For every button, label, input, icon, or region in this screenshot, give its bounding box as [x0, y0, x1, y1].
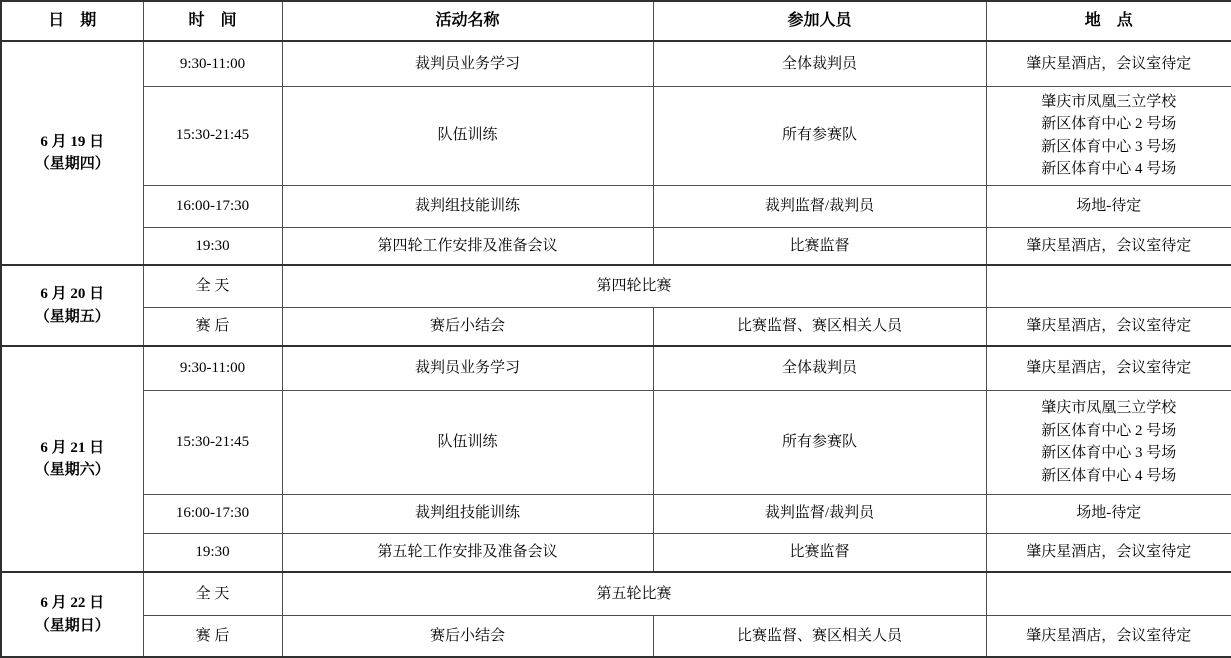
participants-cell: 比赛监督	[653, 533, 986, 572]
time-cell: 9:30-11:00	[143, 346, 282, 390]
col-header-activity: 活动名称	[282, 1, 653, 41]
date-cell: 6 月 19 日 （星期四）	[1, 41, 143, 265]
time-cell: 15:30-21:45	[143, 390, 282, 494]
time-cell: 赛 后	[143, 615, 282, 657]
time-cell: 16:00-17:30	[143, 185, 282, 227]
col-header-participants: 参加人员	[653, 1, 986, 41]
col-header-location: 地 点	[986, 1, 1231, 41]
activity-cell: 第四轮工作安排及准备会议	[282, 227, 653, 265]
participants-cell: 所有参赛队	[653, 86, 986, 185]
activity-cell: 裁判员业务学习	[282, 41, 653, 86]
location-cell: 肇庆星酒店，会议室待定	[986, 227, 1231, 265]
participants-cell: 裁判监督/裁判员	[653, 185, 986, 227]
schedule-table: 日 期 时 间 活动名称 参加人员 地 点 6 月 19 日 （星期四） 9:3…	[0, 0, 1231, 658]
location-cell: 肇庆市凤凰三立学校 新区体育中心 2 号场 新区体育中心 3 号场 新区体育中心…	[986, 390, 1231, 494]
header-row: 日 期 时 间 活动名称 参加人员 地 点	[1, 1, 1231, 41]
table-row: 15:30-21:45 队伍训练 所有参赛队 肇庆市凤凰三立学校 新区体育中心 …	[1, 390, 1231, 494]
activity-cell: 赛后小结会	[282, 307, 653, 346]
time-cell: 15:30-21:45	[143, 86, 282, 185]
participants-cell: 裁判监督/裁判员	[653, 494, 986, 533]
location-cell: 肇庆星酒店，会议室待定	[986, 41, 1231, 86]
activity-cell: 第五轮比赛	[282, 572, 986, 615]
location-cell: 肇庆星酒店，会议室待定	[986, 615, 1231, 657]
location-cell: 肇庆市凤凰三立学校 新区体育中心 2 号场 新区体育中心 3 号场 新区体育中心…	[986, 86, 1231, 185]
activity-cell: 裁判组技能训练	[282, 185, 653, 227]
time-cell: 19:30	[143, 227, 282, 265]
date-cell: 6 月 22 日 （星期日）	[1, 572, 143, 657]
table-row: 16:00-17:30 裁判组技能训练 裁判监督/裁判员 场地-待定	[1, 494, 1231, 533]
activity-cell: 赛后小结会	[282, 615, 653, 657]
participants-cell: 比赛监督	[653, 227, 986, 265]
table-row: 6 月 20 日 （星期五） 全 天 第四轮比赛	[1, 265, 1231, 307]
time-cell: 16:00-17:30	[143, 494, 282, 533]
table-row: 6 月 19 日 （星期四） 9:30-11:00 裁判员业务学习 全体裁判员 …	[1, 41, 1231, 86]
location-cell: 肇庆星酒店，会议室待定	[986, 346, 1231, 390]
schedule-page: 日 期 时 间 活动名称 参加人员 地 点 6 月 19 日 （星期四） 9:3…	[0, 0, 1231, 657]
date-cell: 6 月 20 日 （星期五）	[1, 265, 143, 346]
location-cell: 肇庆星酒店，会议室待定	[986, 307, 1231, 346]
table-row: 赛 后 赛后小结会 比赛监督、赛区相关人员 肇庆星酒店，会议室待定	[1, 307, 1231, 346]
location-cell: 肇庆星酒店，会议室待定	[986, 533, 1231, 572]
col-header-date: 日 期	[1, 1, 143, 41]
time-cell: 9:30-11:00	[143, 41, 282, 86]
time-cell: 全 天	[143, 265, 282, 307]
table-row: 15:30-21:45 队伍训练 所有参赛队 肇庆市凤凰三立学校 新区体育中心 …	[1, 86, 1231, 185]
time-cell: 赛 后	[143, 307, 282, 346]
table-row: 赛 后 赛后小结会 比赛监督、赛区相关人员 肇庆星酒店，会议室待定	[1, 615, 1231, 657]
time-cell: 19:30	[143, 533, 282, 572]
activity-cell: 队伍训练	[282, 86, 653, 185]
date-cell: 6 月 21 日 （星期六）	[1, 346, 143, 572]
activity-cell: 队伍训练	[282, 390, 653, 494]
table-row: 6 月 22 日 （星期日） 全 天 第五轮比赛	[1, 572, 1231, 615]
location-cell	[986, 572, 1231, 615]
activity-cell: 裁判员业务学习	[282, 346, 653, 390]
participants-cell: 全体裁判员	[653, 346, 986, 390]
participants-cell: 比赛监督、赛区相关人员	[653, 615, 986, 657]
table-row: 16:00-17:30 裁判组技能训练 裁判监督/裁判员 场地-待定	[1, 185, 1231, 227]
location-cell: 场地-待定	[986, 494, 1231, 533]
col-header-time: 时 间	[143, 1, 282, 41]
location-cell: 场地-待定	[986, 185, 1231, 227]
activity-cell: 第四轮比赛	[282, 265, 986, 307]
table-row: 19:30 第四轮工作安排及准备会议 比赛监督 肇庆星酒店，会议室待定	[1, 227, 1231, 265]
activity-cell: 第五轮工作安排及准备会议	[282, 533, 653, 572]
participants-cell: 所有参赛队	[653, 390, 986, 494]
activity-cell: 裁判组技能训练	[282, 494, 653, 533]
participants-cell: 全体裁判员	[653, 41, 986, 86]
participants-cell: 比赛监督、赛区相关人员	[653, 307, 986, 346]
time-cell: 全 天	[143, 572, 282, 615]
table-row: 6 月 21 日 （星期六） 9:30-11:00 裁判员业务学习 全体裁判员 …	[1, 346, 1231, 390]
location-cell	[986, 265, 1231, 307]
table-row: 19:30 第五轮工作安排及准备会议 比赛监督 肇庆星酒店，会议室待定	[1, 533, 1231, 572]
